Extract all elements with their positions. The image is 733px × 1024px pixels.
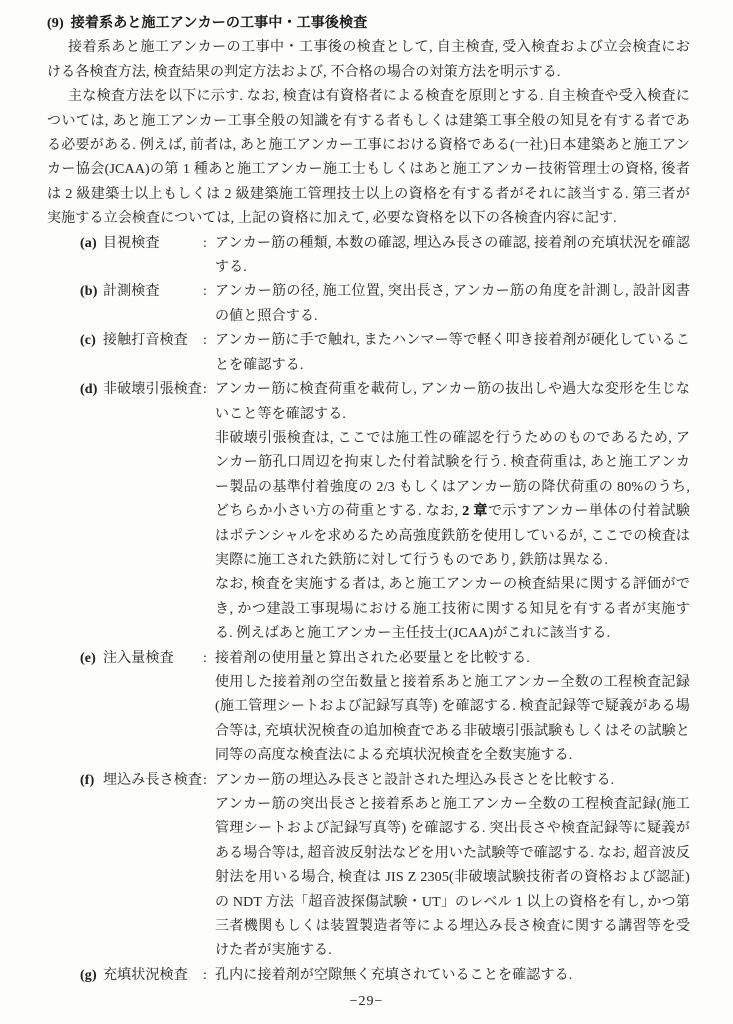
section-heading: (9)接着系あと施工アンカーの工事中・工事後検査 xyxy=(47,12,690,36)
intro-paragraph-2: 主な検査方法を以下に示す. なお, 検査は有資格者による検査を原則とする. 自主… xyxy=(47,85,690,231)
item-marker: (d) xyxy=(80,378,103,402)
item-paragraph: 非破壊引張検査は, ここでは施工性の確認を行うためのものであるため, アンカー筋… xyxy=(215,427,690,573)
item-paragraph: アンカー筋の埋込み長さと設計された埋込み長さとを比較する. xyxy=(215,769,690,793)
item-colon: : xyxy=(203,329,215,353)
item-label: 計測検査 xyxy=(103,280,203,304)
item-paragraph: アンカー筋の径, 施工位置, 突出長さ, アンカー筋の角度を計測し, 設計図書の… xyxy=(215,280,690,329)
inspection-item-b: (b) 計測検査 : アンカー筋の径, 施工位置, 突出長さ, アンカー筋の角度… xyxy=(80,280,690,329)
item-description: アンカー筋に手で触れ, またハンマー等で軽く叩き接着剤が硬化していることを確認す… xyxy=(215,329,690,378)
inspection-item-g: (g) 充填状況検査 : 孔内に接着剤が空隙無く充填されていることを確認する. xyxy=(80,964,690,988)
item-label: 接触打音検査 xyxy=(103,329,203,353)
item-paragraph: アンカー筋の突出長さと接着系あと施工アンカー全数の工程検査記録(施工管理シートお… xyxy=(215,793,690,964)
item-marker: (a) xyxy=(80,232,103,256)
inspection-item-d: (d) 非破壊引張検査 : アンカー筋に検査荷重を載荷し, アンカー筋の抜出しや… xyxy=(80,378,690,646)
item-marker: (g) xyxy=(80,964,103,988)
inspection-item-list: (a) 目視検査 : アンカー筋の種類, 本数の確認, 埋込み長さの確認, 接着… xyxy=(80,232,690,989)
item-paragraph: 孔内に接着剤が空隙無く充填されていることを確認する. xyxy=(215,964,690,988)
item-paragraph: 使用した接着剤の空缶数量と接着系あと施工アンカー全数の工程検査記録(施工管理シー… xyxy=(215,671,690,769)
item-label: 目視検査 xyxy=(103,232,203,256)
item-paragraph: なお, 検査を実施する者は, あと施工アンカーの検査結果に関する評価ができ, か… xyxy=(215,573,690,646)
item-marker: (e) xyxy=(80,647,103,671)
section-title: 接着系あと施工アンカーの工事中・工事後検査 xyxy=(71,16,368,31)
item-label: 非破壊引張検査 xyxy=(103,378,203,402)
inspection-item-a: (a) 目視検査 : アンカー筋の種類, 本数の確認, 埋込み長さの確認, 接着… xyxy=(80,232,690,281)
item-marker: (c) xyxy=(80,329,103,353)
item-paragraph: アンカー筋に手で触れ, またハンマー等で軽く叩き接着剤が硬化していることを確認す… xyxy=(215,329,690,378)
item-description: アンカー筋の埋込み長さと設計された埋込み長さとを比較する. アンカー筋の突出長さ… xyxy=(215,769,690,964)
item-marker: (b) xyxy=(80,280,103,304)
item-colon: : xyxy=(203,769,215,793)
item-paragraph: 接着剤の使用量と算出された必要量とを比較する. xyxy=(215,647,690,671)
item-label: 埋込み長さ検査 xyxy=(103,769,203,793)
inspection-item-e: (e) 注入量検査 : 接着剤の使用量と算出された必要量とを比較する. 使用した… xyxy=(80,647,690,769)
chapter-reference: 2 章 xyxy=(462,504,488,519)
inspection-item-f: (f) 埋込み長さ検査 : アンカー筋の埋込み長さと設計された埋込み長さとを比較… xyxy=(80,769,690,964)
item-label: 注入量検査 xyxy=(103,647,203,671)
item-description: アンカー筋の種類, 本数の確認, 埋込み長さの確認, 接着剤の充填状況を確認する… xyxy=(215,232,690,281)
document-page: (9)接着系あと施工アンカーの工事中・工事後検査 接着系あと施工アンカーの工事中… xyxy=(0,0,733,1024)
inspection-item-c: (c) 接触打音検査 : アンカー筋に手で触れ, またハンマー等で軽く叩き接着剤… xyxy=(80,329,690,378)
item-label: 充填状況検査 xyxy=(103,964,203,988)
item-paragraph: アンカー筋に検査荷重を載荷し, アンカー筋の抜出しや過大な変形を生じないこと等を… xyxy=(215,378,690,427)
item-colon: : xyxy=(203,280,215,304)
item-paragraph: アンカー筋の種類, 本数の確認, 埋込み長さの確認, 接着剤の充填状況を確認する… xyxy=(215,232,690,281)
item-description: 接着剤の使用量と算出された必要量とを比較する. 使用した接着剤の空缶数量と接着系… xyxy=(215,647,690,769)
item-description: アンカー筋に検査荷重を載荷し, アンカー筋の抜出しや過大な変形を生じないこと等を… xyxy=(215,378,690,646)
intro-paragraph-1: 接着系あと施工アンカーの工事中・工事後の検査として, 自主検査, 受入検査および… xyxy=(47,36,690,85)
item-description: アンカー筋の径, 施工位置, 突出長さ, アンカー筋の角度を計測し, 設計図書の… xyxy=(215,280,690,329)
item-marker: (f) xyxy=(80,769,103,793)
item-colon: : xyxy=(203,964,215,988)
item-colon: : xyxy=(203,647,215,671)
item-colon: : xyxy=(203,232,215,256)
item-colon: : xyxy=(203,378,215,402)
section-number: (9) xyxy=(47,16,64,31)
page-number: −29− xyxy=(0,990,733,1014)
item-description: 孔内に接着剤が空隙無く充填されていることを確認する. xyxy=(215,964,690,988)
